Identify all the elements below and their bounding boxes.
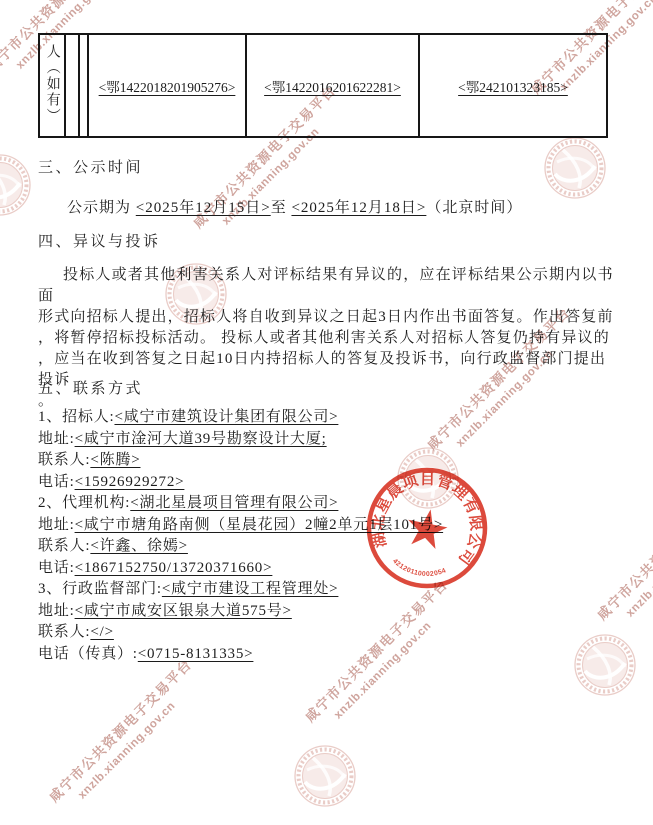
period-end-date: <2025年12月18日> (291, 200, 426, 216)
section4-heading: 四、异议与投诉 (38, 230, 161, 251)
contact-value: <0715-8131335> (138, 646, 254, 662)
contact-label: 地址: (38, 517, 75, 533)
document-page: 咸宁市公共资源电子交易平台 xnzlb.xianning.gov.cn 咸宁市公… (0, 0, 653, 825)
empty-cell (79, 34, 88, 137)
contact-value: <咸宁市淦河大道39号勘察设计大厦; (75, 431, 327, 447)
contact-value: <许鑫、徐嫣> (90, 538, 188, 554)
company-seal: 湖北星晨项目管理有限公司 42120110002054 (357, 458, 497, 598)
contact-value: <1867152750/13720371660> (75, 560, 273, 576)
row-label-cell: 人（如有） (39, 34, 65, 137)
paragraph-line: 形式向招标人提出，招标人将自收到异议之日起3日内作出书面答复。作出答复前 (38, 307, 620, 328)
contact-row: 地址:<咸宁市咸安区银泉大道575号> (38, 601, 443, 623)
contact-row: 联系人:</> (38, 622, 443, 644)
table-row: 人（如有） <鄂1422018201905276> <鄂142201620162… (39, 34, 607, 137)
contact-label: 地址: (38, 603, 75, 619)
period-suffix: （北京时间） (426, 200, 522, 216)
period-mid: 至 (271, 200, 292, 216)
table-cell: <鄂1422018201905276> (88, 34, 246, 137)
contact-label: 联系人: (38, 538, 90, 554)
contact-label: 联系人: (38, 624, 90, 640)
contact-value: <咸宁市建设工程管理处> (162, 581, 339, 597)
contact-label: 2、代理机构: (38, 495, 130, 511)
cell-value: <鄂1422016201622281> (264, 80, 401, 95)
row-label: 人（如有） (44, 44, 59, 124)
seal-star-icon (404, 506, 450, 551)
period-prefix: 公示期为 (67, 200, 136, 216)
period-start-date: <2025年12月15日> (136, 200, 271, 216)
contact-label: 电话（传真）: (38, 646, 138, 662)
contact-value: <陈腾> (90, 452, 140, 468)
section3-heading: 三、公示时间 (38, 156, 143, 177)
contact-label: 3、行政监督部门: (38, 581, 162, 597)
empty-cell (65, 34, 79, 137)
publicity-period-line: 公示期为 <2025年12月15日>至 <2025年12月18日>（北京时间） (67, 196, 522, 217)
document-content: 人（如有） <鄂1422018201905276> <鄂142201620162… (0, 0, 653, 825)
contact-value: <15926929272> (75, 474, 185, 490)
contact-value: <咸宁市建筑设计集团有限公司> (114, 409, 338, 425)
contact-value: <湖北星晨项目管理有限公司> (130, 495, 338, 511)
contact-label: 电话: (38, 474, 75, 490)
cell-value: <鄂1422018201905276> (99, 80, 236, 95)
section5-heading: 五、联系方式 (38, 377, 143, 398)
candidates-table: 人（如有） <鄂1422018201905276> <鄂142201620162… (38, 33, 608, 138)
contact-label: 地址: (38, 431, 75, 447)
contact-label: 1、招标人: (38, 409, 114, 425)
table-cell: <鄂1422016201622281> (246, 34, 419, 137)
contact-row: 1、招标人:<咸宁市建筑设计集团有限公司> (38, 407, 443, 429)
contact-label: 电话: (38, 560, 75, 576)
contact-row: 电话（传真）:<0715-8131335> (38, 644, 443, 666)
contact-value: </> (90, 624, 114, 640)
contact-label: 联系人: (38, 452, 90, 468)
paragraph-line: 投标人或者其他利害关系人对评标结果有异议的，应在评标结果公示期内以书面 (38, 265, 620, 307)
paragraph-line: ，将暂停招标投标活动。 投标人或者其他利害关系人对招标人答复仍持有异议的 (38, 328, 620, 349)
contact-row: 地址:<咸宁市淦河大道39号勘察设计大厦; (38, 429, 443, 451)
cell-value: <鄂242101323185> (458, 80, 568, 95)
contact-value: <咸宁市咸安区银泉大道575号> (75, 603, 292, 619)
table-cell: <鄂242101323185> (419, 34, 607, 137)
